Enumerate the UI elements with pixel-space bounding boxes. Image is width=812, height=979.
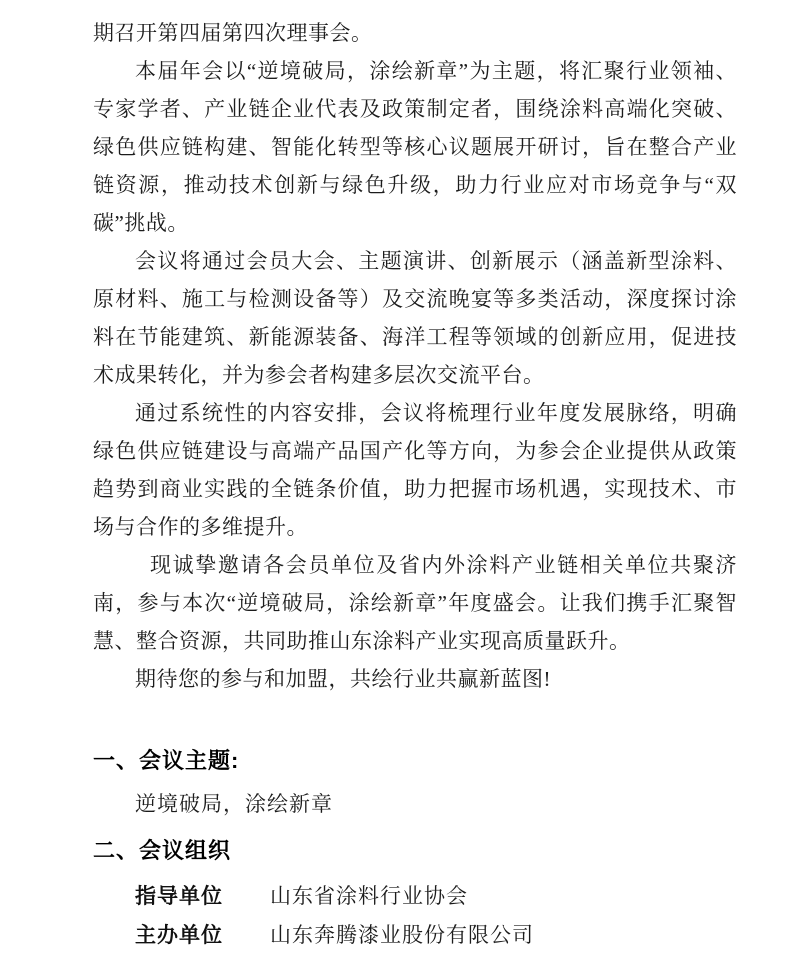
body-line: 碳”挑战。	[93, 204, 737, 242]
document-page: 期召开第四届第四次理事会。 本届年会以“逆境破局，涂绘新章”为主题，将汇聚行业领…	[0, 0, 812, 979]
org-row-guiding: 指导单位 山东省涂料行业协会	[93, 881, 737, 911]
body-line: 期召开第四届第四次理事会。	[93, 14, 737, 52]
org-label-guiding: 指导单位	[135, 881, 270, 911]
body-line: 通过系统性的内容安排，会议将梳理行业年度发展脉络，明确	[93, 394, 737, 432]
section-1-heading: 一、会议主题:	[93, 746, 737, 776]
body-line: 现诚挚邀请各会员单位及省内外涂料产业链相关单位共聚济	[93, 546, 737, 584]
body-line: 本届年会以“逆境破局，涂绘新章”为主题，将汇聚行业领袖、	[93, 52, 737, 90]
body-line: 期待您的参与和加盟，共绘行业共赢新蓝图!	[93, 660, 737, 698]
body-line: 专家学者、产业链企业代表及政策制定者，围绕涂料高端化突破、	[93, 90, 737, 128]
org-row-host: 主办单位 山东奔腾漆业股份有限公司	[93, 920, 737, 950]
body-line: 会议将通过会员大会、主题演讲、创新展示（涵盖新型涂料、	[93, 242, 737, 280]
body-line: 趋势到商业实践的全链条价值，助力把握市场机遇，实现技术、市	[93, 470, 737, 508]
body-line: 绿色供应链构建、智能化转型等核心议题展开研讨，旨在整合产业	[93, 128, 737, 166]
org-value-guiding: 山东省涂料行业协会	[270, 881, 468, 911]
org-value-host: 山东奔腾漆业股份有限公司	[270, 920, 534, 950]
body-line: 原材料、施工与检测设备等）及交流晚宴等多类活动，深度探讨涂	[93, 280, 737, 318]
body-line: 链资源，推动技术创新与绿色升级，助力行业应对市场竞争与“双	[93, 166, 737, 204]
body-line: 料在节能建筑、新能源装备、海洋工程等领域的创新应用，促进技	[93, 318, 737, 356]
section-2-heading: 二、会议组织	[93, 836, 737, 866]
body-line: 场与合作的多维提升。	[93, 508, 737, 546]
document-body: 期召开第四届第四次理事会。 本届年会以“逆境破局，涂绘新章”为主题，将汇聚行业领…	[93, 14, 737, 698]
meeting-theme: 逆境破局，涂绘新章	[93, 789, 737, 819]
body-line: 绿色供应链建设与高端产品国产化等方向，为参会企业提供从政策	[93, 432, 737, 470]
body-line: 南，参与本次“逆境破局，涂绘新章”年度盛会。让我们携手汇聚智	[93, 584, 737, 622]
org-label-host: 主办单位	[135, 920, 270, 950]
body-line: 慧、整合资源，共同助推山东涂料产业实现高质量跃升。	[93, 622, 737, 660]
body-line: 术成果转化，并为参会者构建多层次交流平台。	[93, 356, 737, 394]
